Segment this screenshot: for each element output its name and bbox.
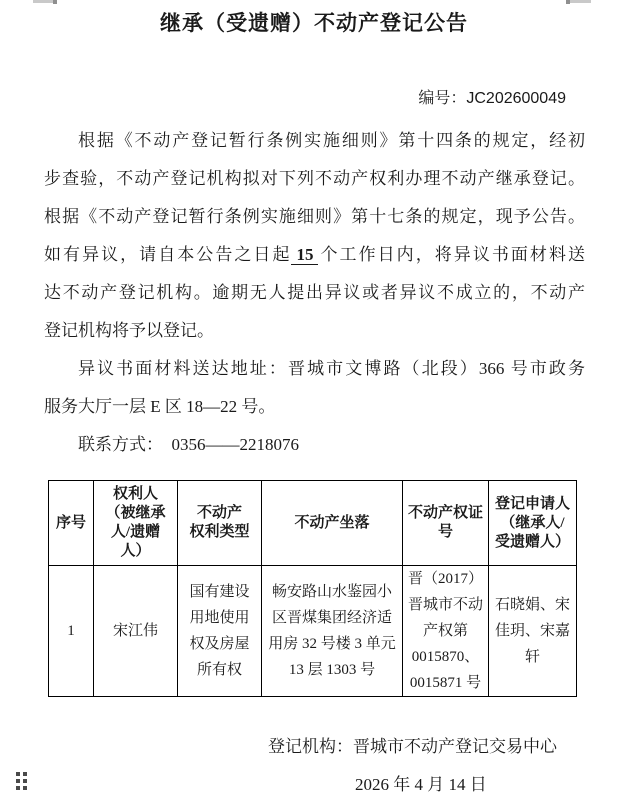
handle-dot — [16, 786, 20, 790]
handle-dot — [16, 779, 20, 783]
scrollbar-fragment-right — [566, 0, 591, 3]
cell-坐落: 畅安路山水鉴园小 区晋煤集团经济适 用房 32 号楼 3 单元 13 层 130… — [262, 566, 403, 697]
cell-权利人: 宋江伟 — [94, 566, 178, 697]
body-line-3: 根据《不动产登记暂行条例实施细则》第十七条的规定，现予公告。 — [44, 198, 585, 236]
handle-dot — [23, 772, 27, 776]
notice-document-page: 继承（受遗赠）不动产登记公告 编号：JC202600049 根据《不动产登记暂行… — [0, 0, 628, 804]
objection-days-value: 15 — [291, 245, 318, 265]
doc-number-line: 编号：JC202600049 — [0, 85, 628, 108]
cell-序号: 1 — [49, 566, 94, 697]
body-line-6: 登记机构将予以登记。 — [44, 312, 585, 350]
notice-date: 2026 年 4 月 14 日 — [355, 775, 487, 795]
drag-handle-icon[interactable] — [16, 772, 27, 790]
handle-dot — [16, 772, 20, 776]
cell-登记申请人: 石晓娟、宋 佳玥、宋嘉 轩 — [489, 566, 577, 697]
header-登记申请人: 登记申请人 （继承人/ 受遗赠人） — [489, 481, 577, 566]
notice-body: 根据《不动产登记暂行条例实施细则》第十四条的规定，经初 步查验，不动产登记机构拟… — [44, 122, 585, 464]
header-不动产权证号: 不动产权证号 — [403, 481, 489, 566]
body-line-2: 步查验，不动产登记机构拟对下列不动产权利办理不动产继承登记。 — [44, 160, 585, 198]
body-line-5: 达不动产登记机构。逾期无人提出异议或者异议不成立的，不动产 — [44, 274, 585, 312]
header-不动产坐落: 不动产坐落 — [262, 481, 403, 566]
header-序号: 序号 — [49, 481, 94, 566]
scrollbar-fragment-left — [33, 0, 57, 3]
header-权利人: 权利人 （被继承 人/遗赠 人） — [94, 481, 178, 566]
header-不动产权利类型: 不动产 权利类型 — [178, 481, 262, 566]
table-row: 1 宋江伟 国有建设 用地使用 权及房屋 所有权 畅安路山水鉴园小 区晋煤集团经… — [49, 566, 577, 697]
address-line-2: 服务大厅一层 E 区 18—22 号。 — [44, 388, 585, 426]
cell-权利类型: 国有建设 用地使用 权及房屋 所有权 — [178, 566, 262, 697]
doc-number-label: 编号： — [418, 90, 466, 107]
objection-post-text: 个工作日内，将异议书面材料送 — [318, 245, 585, 264]
registration-table: 序号 权利人 （被继承 人/遗赠 人） 不动产 权利类型 不动产坐落 不动产权证… — [48, 480, 577, 697]
body-line-4: 如有异议，请自本公告之日起15个工作日内，将异议书面材料送 — [44, 236, 585, 274]
page-title: 继承（受遗赠）不动产登记公告 — [0, 8, 628, 38]
handle-dot — [23, 779, 27, 783]
scrollbar-nub — [566, 0, 570, 4]
handle-dot — [23, 786, 27, 790]
contact-line: 联系方式： 0356——2218076 — [44, 426, 585, 464]
doc-number-value: JC202600049 — [466, 90, 566, 107]
table-header-row: 序号 权利人 （被继承 人/遗赠 人） 不动产 权利类型 不动产坐落 不动产权证… — [49, 481, 577, 566]
body-line-1: 根据《不动产登记暂行条例实施细则》第十四条的规定，经初 — [44, 122, 585, 160]
address-line-1: 异议书面材料送达地址：晋城市文博路（北段）366 号市政务 — [44, 350, 585, 388]
cell-权证号: 晋（2017） 晋城市不动 产权第 0015870、 0015871 号 — [403, 566, 489, 697]
registration-agency-line: 登记机构：晋城市不动产登记交易中心 — [268, 737, 557, 757]
scrollbar-nub — [53, 0, 57, 4]
objection-pre-text: 如有异议，请自本公告之日起 — [44, 245, 291, 264]
